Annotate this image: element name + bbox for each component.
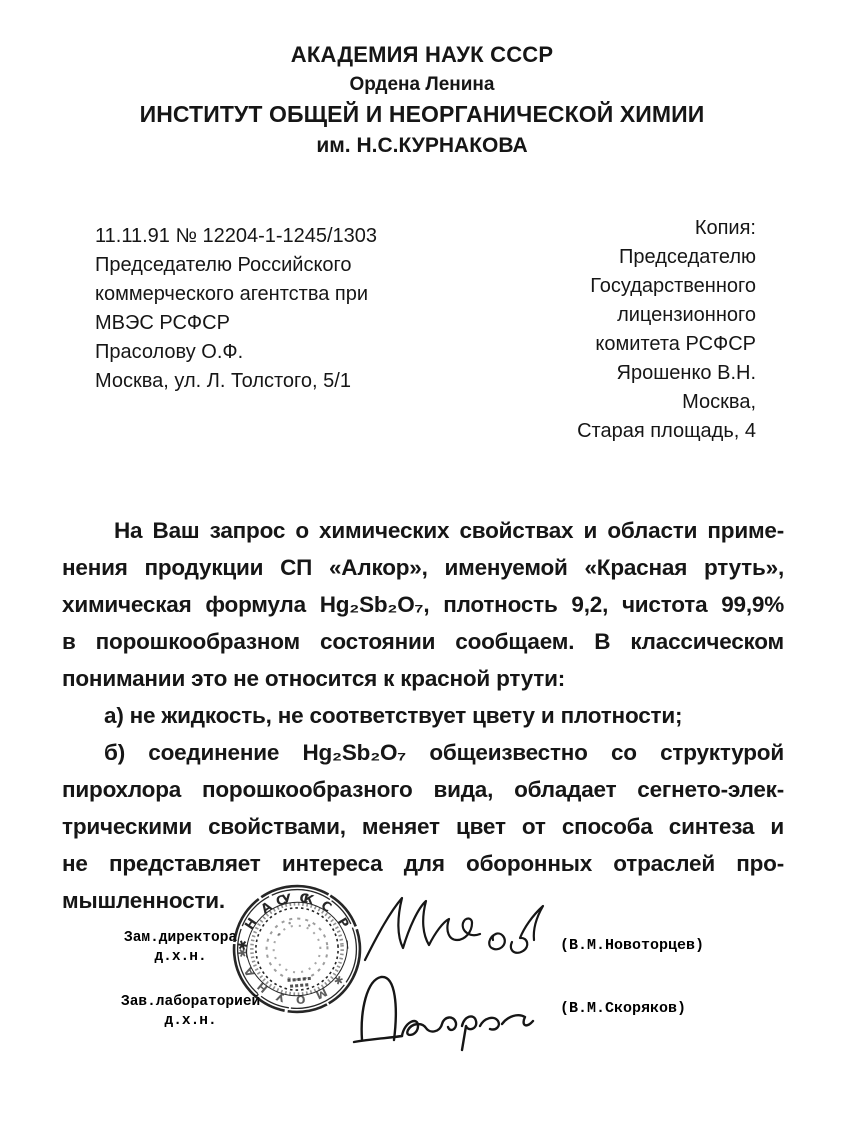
copy-line-1: Председателю — [577, 243, 756, 272]
letterhead: АКАДЕМИЯ НАУК СССР Ордена Ленина ИНСТИТУ… — [0, 40, 844, 161]
copy-block: Копия: Председателю Государственного лиц… — [577, 214, 756, 446]
body-line-item-a: а) не жидкость, не соответствует цвету и… — [62, 697, 784, 734]
body-line: химическая формула Hg₂Sb₂O₇, плотность 9… — [62, 586, 784, 623]
copy-name: Ярошенко В.Н. — [577, 359, 756, 388]
copy-address: Старая площадь, 4 — [577, 417, 756, 446]
addressee-name: Прасолову О.Ф. — [95, 338, 377, 367]
letter-body: На Ваш запрос о химических свойствах и о… — [62, 512, 784, 919]
body-line: понимании это не относится к красной рту… — [62, 660, 784, 697]
signer-title-deputy-director: Зам.директора д.х.н. — [124, 929, 237, 967]
addressee-address: Москва, ул. Л. Толстого, 5/1 — [95, 367, 377, 396]
svg-text:✱ М О У Н А ✱: ✱ М О У Н А ✱ — [236, 936, 348, 1011]
addressee-line-2: коммерческого агентства при — [95, 280, 377, 309]
body-line: в порошкообразном состоянии сообщаем. В … — [62, 623, 784, 660]
body-line: нения продукции СП «Алкор», именуемой «К… — [62, 549, 784, 586]
ref-number-line: 11.11.91 № 12204-1-1245/1303 — [95, 222, 377, 251]
body-line: На Ваш запрос о химических свойствах и о… — [62, 512, 784, 549]
addressee-line-1: Председателю Российского — [95, 251, 377, 280]
body-line: трическими свойствами, меняет цвет от сп… — [62, 808, 784, 845]
letterhead-line-order: Ордена Ленина — [0, 70, 844, 99]
signer-degree-line: д.х.н. — [124, 948, 237, 967]
letterhead-line-named: им. Н.С.КУРНАКОВА — [0, 130, 844, 161]
copy-label: Копия: — [577, 214, 756, 243]
copy-line-4: комитета РСФСР — [577, 330, 756, 359]
letterhead-line-institute: ИНСТИТУТ ОБЩЕЙ И НЕОРГАНИЧЕСКОЙ ХИМИИ — [0, 99, 844, 130]
body-line: пирохлора порошкообразного вида, обладае… — [62, 771, 784, 808]
stamp-bottom-text: ✱ М О У Н А ✱ — [236, 936, 348, 1011]
body-line-item-b: б) соединение Hg₂Sb₂O₇ общеизвестно со с… — [62, 734, 784, 771]
copy-city: Москва, — [577, 388, 756, 417]
signature-novotortsev-image — [362, 890, 532, 965]
addressee-block: 11.11.91 № 12204-1-1245/1303 Председател… — [95, 222, 377, 396]
copy-line-2: Государственного — [577, 272, 756, 301]
addressee-line-3: МВЭС РСФСР — [95, 309, 377, 338]
copy-line-3: лицензионного — [577, 301, 756, 330]
signer-name-novotortsev: (В.М.Новоторцев) — [560, 937, 704, 954]
signature-skoryakov-image — [352, 968, 530, 1056]
body-line: не представляет интереса для оборонных о… — [62, 845, 784, 882]
document-page: АКАДЕМИЯ НАУК СССР Ордена Ленина ИНСТИТУ… — [0, 0, 844, 1122]
signer-name-skoryakov: (В.М.Скоряков) — [560, 1000, 686, 1017]
signer-title-line: Зам.директора — [124, 929, 237, 948]
official-stamp-icon: ✱ Н А У К С С С Р ✱ М О У Н А ✱ — [230, 882, 364, 1016]
letterhead-line-academy: АКАДЕМИЯ НАУК СССР — [0, 40, 844, 70]
